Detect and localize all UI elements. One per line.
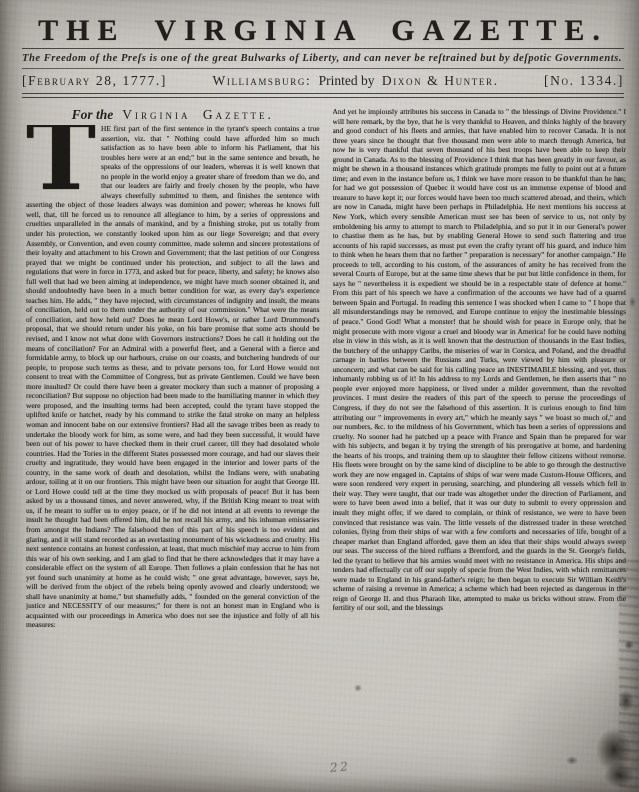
newspaper-page-scan: THE VIRGINIA GAZETTE. The Freedom of the… (0, 0, 639, 792)
dateline-issue-number: [No. 1334.] (544, 73, 624, 89)
ink-blot (629, 296, 636, 308)
imprint-place: Williamsburg: (213, 73, 312, 88)
motto-rule (22, 68, 624, 69)
drop-cap-letter: T (26, 125, 96, 191)
column-1: For theVirginia Gazette. THE first part … (26, 107, 320, 768)
imprint-printer: Dixon & Hunter. (382, 73, 499, 88)
article-columns: For theVirginia Gazette. THE first part … (26, 107, 626, 768)
handwritten-page-number: 22 (329, 759, 350, 775)
masthead-motto: The Freedom of the Preſs is one of the g… (22, 52, 624, 65)
column-1-text: THE first part of the first sentence in … (26, 124, 320, 630)
column-2-text: And yet he impiously attributes his succ… (333, 107, 627, 613)
masthead-rule (22, 48, 624, 49)
column-1-body: HE first part of the first sentence in t… (26, 124, 320, 629)
masthead: THE VIRGINIA GAZETTE. The Freedom of the… (22, 14, 624, 98)
dateline-date: [February 28, 1777.] (22, 73, 167, 89)
dateline-imprint: Williamsburg: Printed by Dixon & Hunter. (211, 73, 501, 89)
imprint-by: Printed by (319, 73, 375, 88)
dateline-double-rule (22, 93, 624, 98)
column-2: And yet he impiously attributes his succ… (333, 107, 627, 768)
article-heading-prefix: For the (72, 107, 114, 122)
article-heading-title: Virginia Gazette. (122, 107, 274, 122)
dateline: [February 28, 1777.] Williamsburg: Print… (22, 73, 624, 89)
newspaper-title: THE VIRGINIA GAZETTE. (22, 14, 624, 48)
article-heading: For theVirginia Gazette. (26, 107, 320, 122)
